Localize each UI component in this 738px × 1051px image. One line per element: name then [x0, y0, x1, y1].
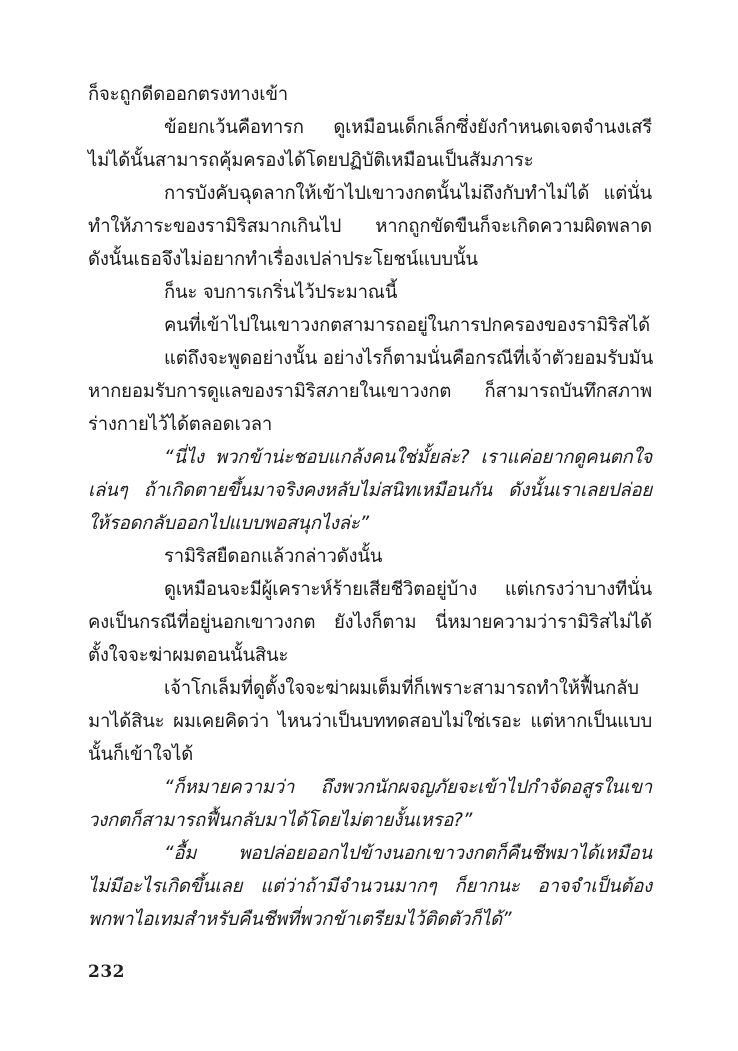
text-line: ข้อยกเว้นคือทารก ดูเหมือนเด็กเล็กซึ่งยัง…	[88, 111, 652, 144]
dialogue-line: เล่นๆ ถ้าเกิดตายขึ้นมาจริงคงหลับไม่สนิทเ…	[88, 474, 652, 507]
text-line: หากยอมรับการดูแลของรามิริสภายในเขาวงกต ก…	[88, 375, 652, 408]
page-body: ก็จะถูกดีดออกตรงทางเข้าข้อยกเว้นคือทารก …	[88, 78, 652, 936]
dialogue-line: ให้รอดกลับออกไปแบบพอสนุกไงล่ะ”	[88, 507, 652, 540]
dialogue-line: “ก็หมายความว่า ถึงพวกนักผจญภัยจะเข้าไปกำ…	[88, 771, 652, 804]
text-line: มาได้สินะ ผมเคยคิดว่า ไหนว่าเป็นบททดสอบไ…	[88, 705, 652, 738]
text-line: แต่ถึงจะพูดอย่างนั้น อย่างไรก็ตามนั่นคือ…	[88, 342, 652, 375]
text-line: ทำให้ภาระของรามิริสมากเกินไป หากถูกขัดขื…	[88, 210, 652, 243]
text-line: คงเป็นกรณีที่อยู่นอกเขาวงกต ยังไงก็ตาม น…	[88, 606, 652, 639]
text-line: ร่างกายไว้ได้ตลอดเวลา	[88, 408, 652, 441]
text-line: การบังคับฉุดลากให้เข้าไปเขาวงกตนั้นไม่ถึ…	[88, 177, 652, 210]
page-number: 232	[88, 962, 125, 982]
text-line: ดูเหมือนจะมีผู้เคราะห์ร้ายเสียชีวิตอยู่บ…	[88, 573, 652, 606]
text-line: เจ้าโกเล็มที่ดูตั้งใจจะฆ่าผมเต็มที่ก็เพร…	[88, 672, 652, 705]
dialogue-line: “อื้ม พอปล่อยออกไปข้างนอกเขาวงกตก็คืนชีพ…	[88, 837, 652, 870]
dialogue-line: ไม่มีอะไรเกิดขึ้นเลย แต่ว่าถ้ามีจำนวนมาก…	[88, 870, 652, 903]
text-line: ดังนั้นเธอจึงไม่อยากทำเรื่องเปล่าประโยชน…	[88, 243, 652, 276]
text-line: นั้นก็เข้าใจได้	[88, 738, 652, 771]
text-line: ตั้งใจจะฆ่าผมตอนนั้นสินะ	[88, 639, 652, 672]
text-line: ก็นะ จบการเกริ่นไว้ประมาณนี้	[88, 276, 652, 309]
dialogue-line: “นี่ไง พวกข้าน่ะชอบแกล้งคนใช่มั้ยล่ะ? เร…	[88, 441, 652, 474]
text-line: ก็จะถูกดีดออกตรงทางเข้า	[88, 78, 652, 111]
text-line: คนที่เข้าไปในเขาวงกตสามารถอยู่ในการปกครอ…	[88, 309, 652, 342]
dialogue-line: พกพาไอเทมสำหรับคืนชีพที่พวกข้าเตรียมไว้ต…	[88, 903, 652, 936]
text-line: ไม่ได้นั้นสามารถคุ้มครองได้โดยปฏิบัติเหม…	[88, 144, 652, 177]
dialogue-line: วงกตก็สามารถฟื้นกลับมาได้โดยไม่ตายงั้นเห…	[88, 804, 652, 837]
text-line: รามิริสยืดอกแล้วกล่าวดังนั้น	[88, 540, 652, 573]
